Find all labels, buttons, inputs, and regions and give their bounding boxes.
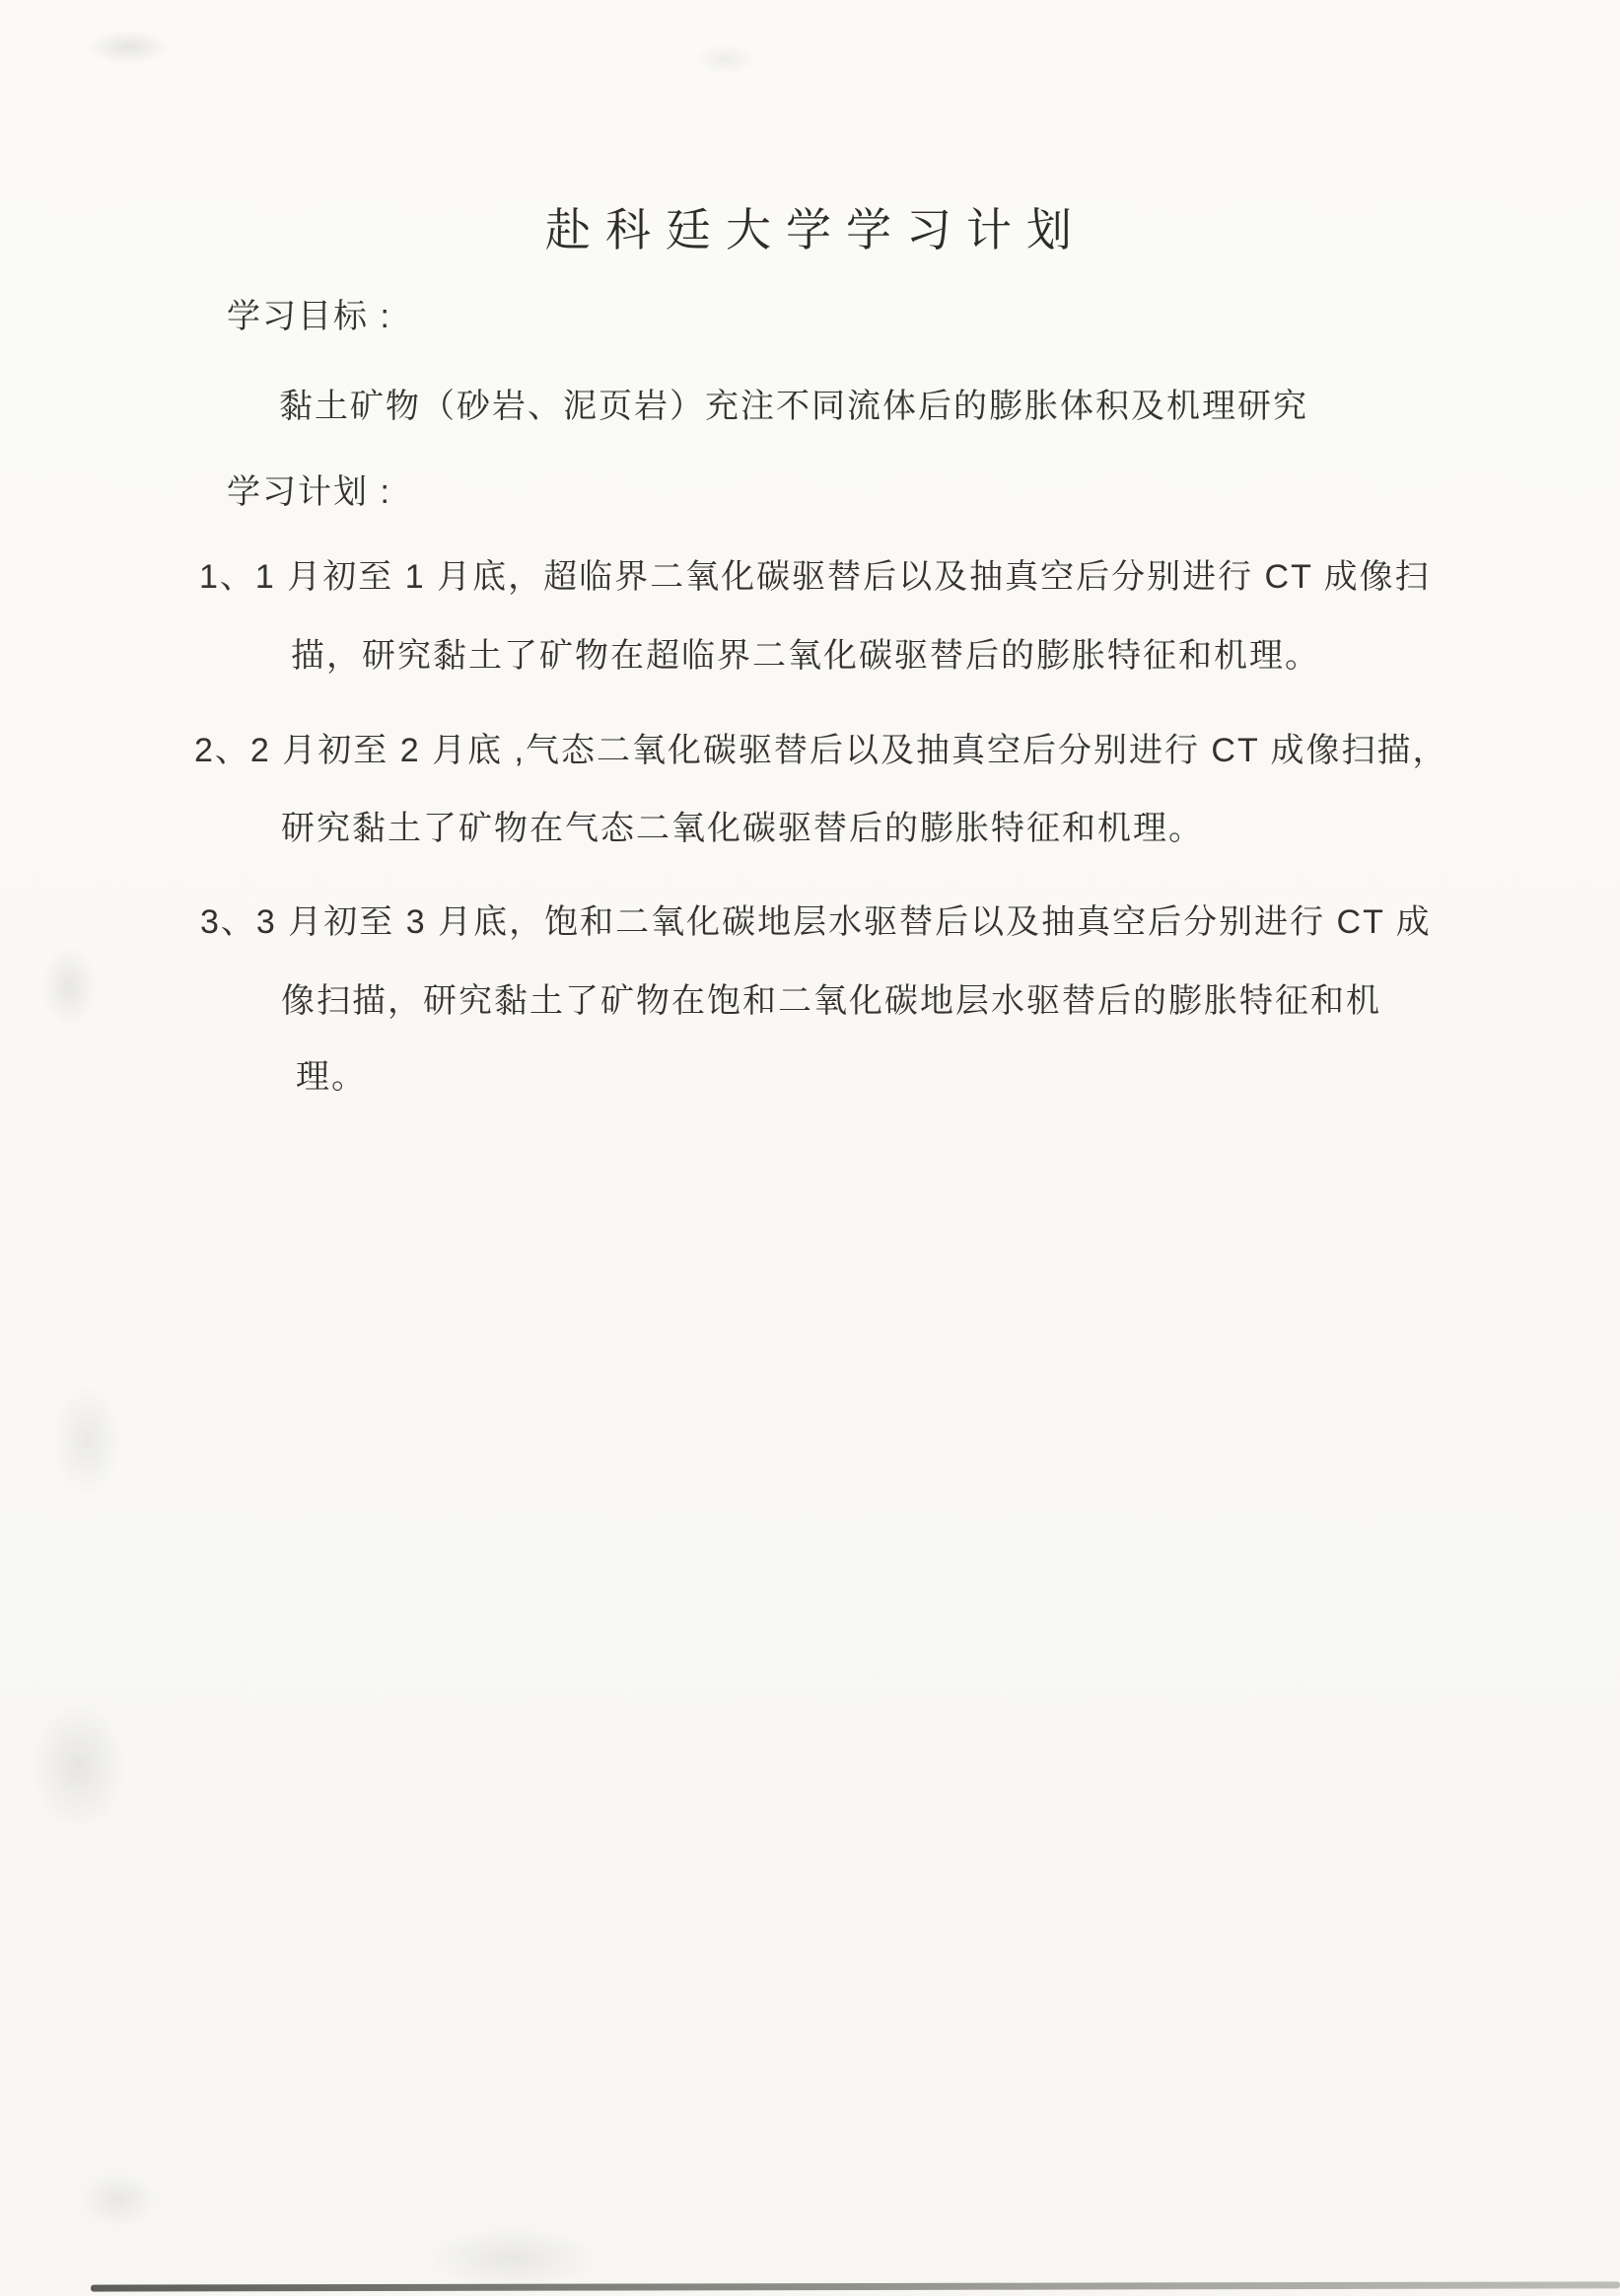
- plan-heading: 学习计划 :: [227, 471, 391, 514]
- plan-item-1-line-2: 描，研究黏土了矿物在超临界二氧化碳驱替后的膨胀特征和机理。: [291, 635, 1320, 678]
- plan-item-2-line-2: 研究黏土了矿物在气态二氧化碳驱替后的膨胀特征和机理。: [281, 808, 1204, 850]
- plan-item-1-line-1: 1、1 月初至 1 月底，超临界二氧化碳驱替后以及抽真空后分别进行 CT 成像扫: [199, 556, 1431, 599]
- document-title: 赴科廷大学学习计划: [545, 205, 1087, 255]
- scan-bottom-edge-artifact: [91, 2281, 1620, 2291]
- objective-text: 黏土矿物（砂岩、泥页岩）充注不同流体后的膨胀体积及机理研究: [279, 386, 1308, 428]
- plan-item-3-line-1: 3、3 月初至 3 月底，饱和二氧化碳地层水驱替后以及抽真空后分别进行 CT 成: [200, 901, 1432, 944]
- plan-item-3-line-2: 像扫描，研究黏土了矿物在饱和二氧化碳地层水驱替后的膨胀特征和机: [281, 980, 1381, 1023]
- objective-heading: 学习目标 :: [227, 296, 391, 338]
- scan-noise-texture: [0, 0, 1620, 2296]
- plan-item-3-line-3: 理。: [296, 1056, 367, 1099]
- plan-item-2-line-1: 2、2 月初至 2 月底 ,气态二氧化碳驱替后以及抽真空后分别进行 CT 成像扫…: [194, 730, 1448, 772]
- scanned-document-page: 赴科廷大学学习计划 学习目标 : 黏土矿物（砂岩、泥页岩）充注不同流体后的膨胀体…: [0, 0, 1620, 2296]
